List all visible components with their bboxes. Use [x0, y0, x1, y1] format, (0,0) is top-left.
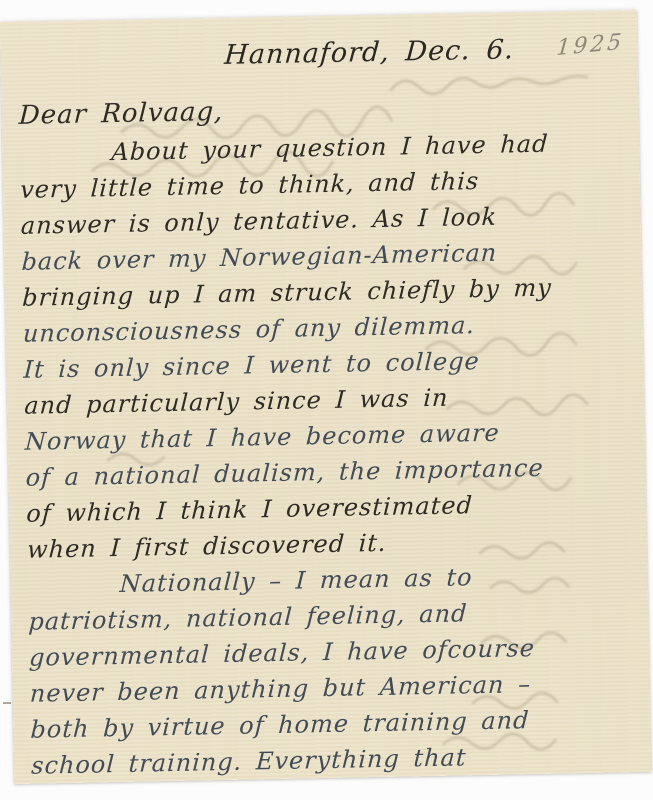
letter-heading: Hannaford, Dec. 6. 1925	[16, 22, 630, 96]
stray-pencil-mark	[3, 702, 11, 704]
scanned-letter-frame: Hannaford, Dec. 6. 1925 Dear Rolvaag, Ab…	[0, 0, 653, 800]
letter-content: Hannaford, Dec. 6. 1925 Dear Rolvaag, Ab…	[0, 10, 651, 784]
year-pencil-note: 1925	[555, 30, 625, 61]
letter-paper: Hannaford, Dec. 6. 1925 Dear Rolvaag, Ab…	[0, 10, 651, 784]
place-date-text: Hannaford, Dec. 6.	[223, 34, 515, 71]
letter-body: About your question I have hadvery littl…	[18, 124, 643, 784]
